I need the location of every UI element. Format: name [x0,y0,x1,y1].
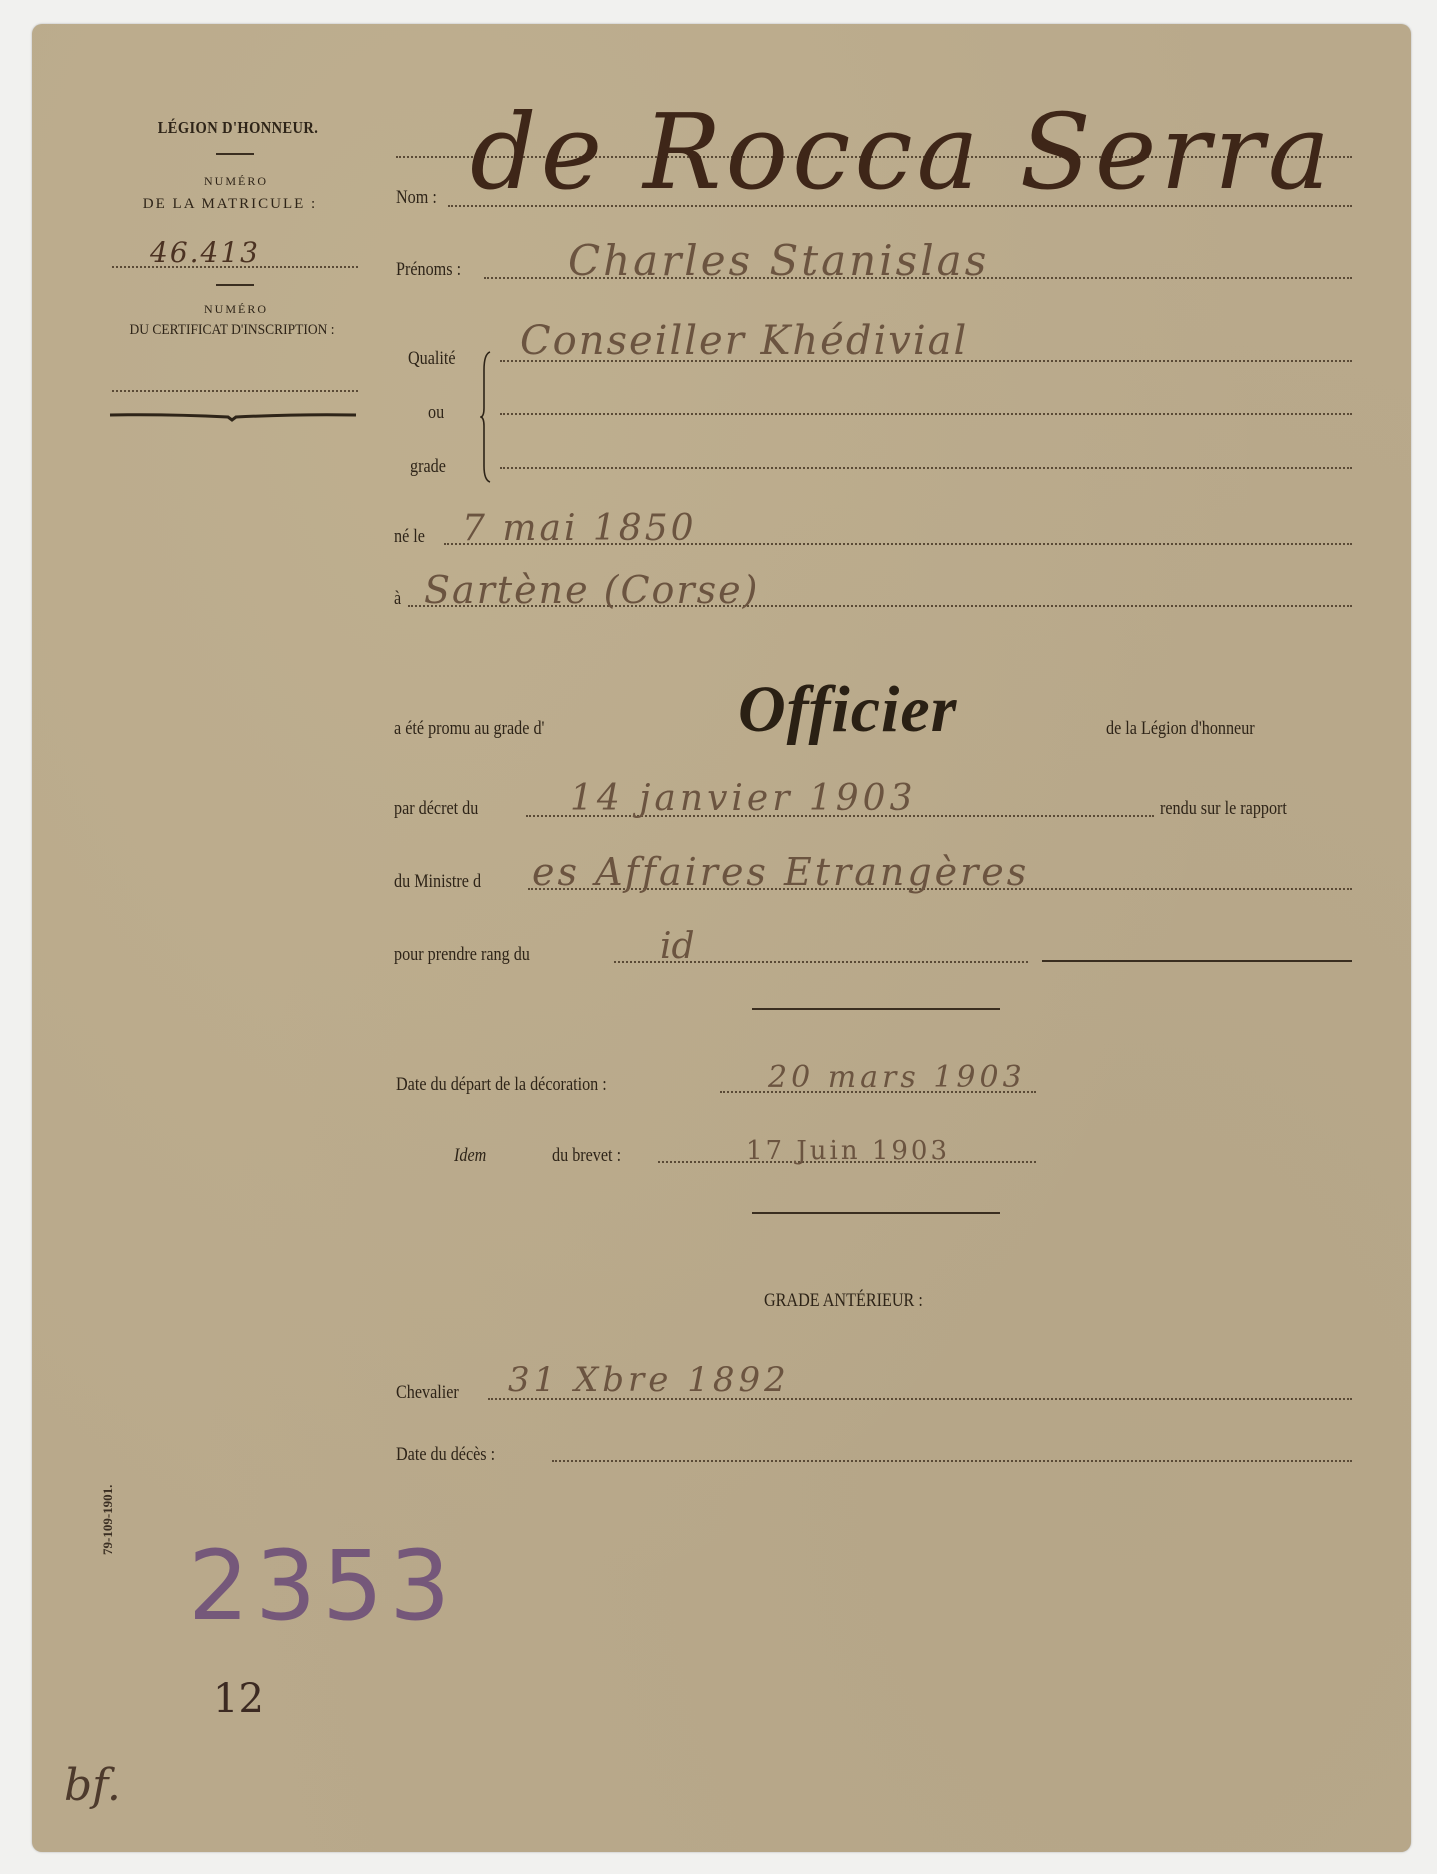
a-label: à [394,588,401,610]
brevet-label: du brevet : [552,1145,621,1167]
rang-line-2 [1042,960,1352,962]
prenoms-label: Prénoms : [396,259,461,281]
handwritten-initials: bf. [64,1760,121,1811]
matricule-label-2: DE LA MATRICULE : [100,196,360,213]
qualite-label: Qualité [408,348,456,370]
brevet-value: 17 Juin 1903 [746,1136,950,1166]
certificat-label-2: DU CERTIFICAT D'INSCRIPTION : [106,322,358,339]
depart-decoration-value: 20 mars 1903 [768,1060,1026,1095]
ornamental-rule [108,410,358,424]
promotion-suffix: de la Légion d'honneur [1106,718,1255,740]
divider [216,284,254,286]
legion-honneur-title: LÉGION D'HONNEUR. [136,118,340,138]
print-code: 79-109-1901. [100,1485,116,1555]
deces-line [552,1460,1352,1462]
matricule-value: 46.413 [150,236,260,269]
ministre-label: du Ministre d [394,871,481,893]
archive-stamp-number: 2353 [188,1530,456,1642]
chevalier-value: 31 Xbre 1892 [508,1360,790,1400]
decret-suffix: rendu sur le rapport [1160,798,1287,820]
promotion-grade: Officier [738,672,957,748]
nom-label: Nom : [396,187,437,209]
divider [216,153,254,155]
chevalier-label: Chevalier [396,1382,459,1404]
section-divider [752,1212,1000,1214]
brevet-idem: Idem [454,1145,486,1167]
rang-value: id [660,926,695,967]
section-divider [752,1008,1000,1010]
brace-icon [480,350,494,484]
matricule-line [112,266,358,268]
ou-label: ou [428,402,444,424]
rang-label: pour prendre rang du [394,944,530,966]
prenoms-value: Charles Stanislas [568,236,989,285]
handwritten-number: 12 [213,1676,264,1722]
ne-le-label: né le [394,526,425,548]
grade-label: grade [410,456,446,478]
ministre-value: es Affaires Etrangères [532,850,1029,894]
depart-decoration-label: Date du départ de la décoration : [396,1074,607,1096]
a-value: Sartène (Corse) [424,568,759,612]
ne-le-value: 7 mai 1850 [462,508,697,549]
certificat-line [112,390,358,392]
decret-label: par décret du [394,798,478,820]
decret-value: 14 janvier 1903 [570,778,917,819]
qualite-value: Conseiller Khédivial [520,318,968,364]
promotion-prefix: a été promu au grade d' [394,718,544,740]
grade-anterieur-heading: GRADE ANTÉRIEUR : [764,1290,923,1312]
certificat-label-1: NUMÉRO [116,302,356,317]
matricule-label-1: NUMÉRO [116,174,356,189]
nom-value: de Rocca Serra [470,92,1334,212]
deces-label: Date du décès : [396,1444,495,1466]
qualite-line-2 [500,413,1352,415]
qualite-line-3 [500,467,1352,469]
